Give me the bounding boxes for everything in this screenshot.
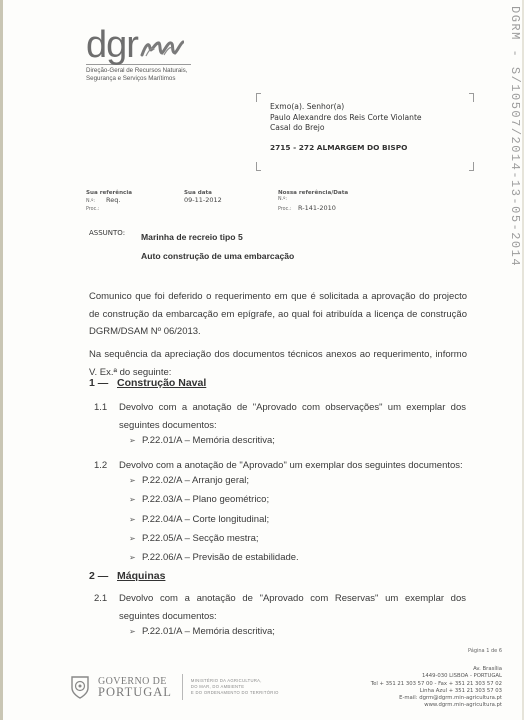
dgrm-logo: dgr Direção-Geral de Recursos Naturais, … [86, 28, 191, 82]
arrow-bullet-icon: ➢ [129, 622, 142, 641]
logo-subtitle: Direção-Geral de Recursos Naturais, Segu… [86, 67, 191, 82]
sua-referencia: Sua referência N.º:Req. Proc.: [86, 190, 196, 214]
corner-mark [256, 93, 261, 102]
list-item: ➢P.22.05/A – Secção mestra; [129, 529, 299, 548]
recipient-salutation: Exmo(a). Senhor(a) [270, 102, 422, 113]
arrow-bullet-icon: ➢ [129, 510, 142, 529]
nossa-referencia: Nossa referência/Data N.º: Proc.:R-141-2… [278, 190, 388, 214]
item-1-1: 1.1 Devolvo com a anotação de "Aprovado … [94, 399, 466, 434]
body-paragraph-2: Na sequência da apreciação dos documento… [89, 346, 467, 381]
document-list-1-2: ➢P.22.02/A – Arranjo geral; ➢P.22.03/A –… [129, 471, 299, 567]
registry-stamp: DGRM - S/10507/2014-13-05-2014 [508, 6, 522, 267]
email-link[interactable]: E-mail: dgrm@dgrm.min-agricultura.pt [371, 695, 502, 702]
logo-wordmark: dgr [86, 28, 138, 62]
list-item: ➢P.22.01/A – Memória descritiva; [129, 431, 275, 450]
scan-edge [0, 0, 3, 720]
subject-line-1: Marinha de recreio tipo 5 [141, 228, 401, 247]
contact-info: Página 1 de 6 Av. Brasília 1449-030 LISB… [371, 648, 502, 709]
government-name: GOVERNO DE PORTUGAL [98, 677, 172, 697]
list-item: ➢P.22.03/A – Plano geométrico; [129, 490, 299, 509]
list-item: ➢P.22.06/A – Previsão de estabilidade. [129, 548, 299, 567]
list-item: ➢P.22.02/A – Arranjo geral; [129, 471, 299, 490]
recipient-address-window: Exmo(a). Senhor(a) Paulo Alexandre dos R… [256, 93, 474, 171]
government-logo: GOVERNO DE PORTUGAL MINISTÉRIO DA AGRICU… [68, 674, 279, 700]
subject-line-2: Auto construção de uma embarcação [141, 247, 401, 266]
body-paragraph-1: Comunico que foi deferido o requerimento… [89, 288, 467, 341]
recipient-postal: 2715 - 272 ALMARGEM DO BISPO [270, 143, 422, 154]
corner-mark [469, 93, 474, 102]
item-2-1: 2.1 Devolvo com a anotação de "Aprovado … [94, 590, 466, 625]
arrow-bullet-icon: ➢ [129, 548, 142, 567]
section-title: Construção Naval [117, 377, 206, 389]
subject-label: ASSUNTO: [89, 229, 125, 237]
arrow-bullet-icon: ➢ [129, 431, 142, 450]
section-construcao-naval: 1 —Construção Naval [89, 377, 206, 389]
arrow-bullet-icon: ➢ [129, 471, 142, 490]
arrow-bullet-icon: ➢ [129, 529, 142, 548]
section-maquinas: 2 —Máquinas [89, 570, 165, 582]
document-list-2-1: ➢P.22.01/A – Memória descritiva; [129, 622, 275, 641]
list-item: ➢P.22.01/A – Memória descritiva; [129, 622, 275, 641]
recipient-name: Paulo Alexandre dos Reis Corte Violante [270, 113, 422, 124]
footer-divider [182, 674, 183, 700]
website-link[interactable]: www.dgrm.min-agricultura.pt [371, 702, 502, 709]
portugal-emblem-icon [68, 674, 92, 700]
section-title: Máquinas [117, 570, 165, 582]
corner-mark [256, 162, 261, 171]
wave-m-icon [140, 38, 184, 58]
corner-mark [469, 162, 474, 171]
page-number: Página 1 de 6 [371, 648, 502, 655]
list-item: ➢P.22.04/A – Corte longitudinal; [129, 510, 299, 529]
arrow-bullet-icon: ➢ [129, 490, 142, 509]
ministry-name: MINISTÉRIO DA AGRICULTURA, DO MAR, DO AM… [191, 678, 279, 696]
document-list-1-1: ➢P.22.01/A – Memória descritiva; [129, 431, 275, 450]
recipient-street: Casal do Brejo [270, 123, 422, 134]
